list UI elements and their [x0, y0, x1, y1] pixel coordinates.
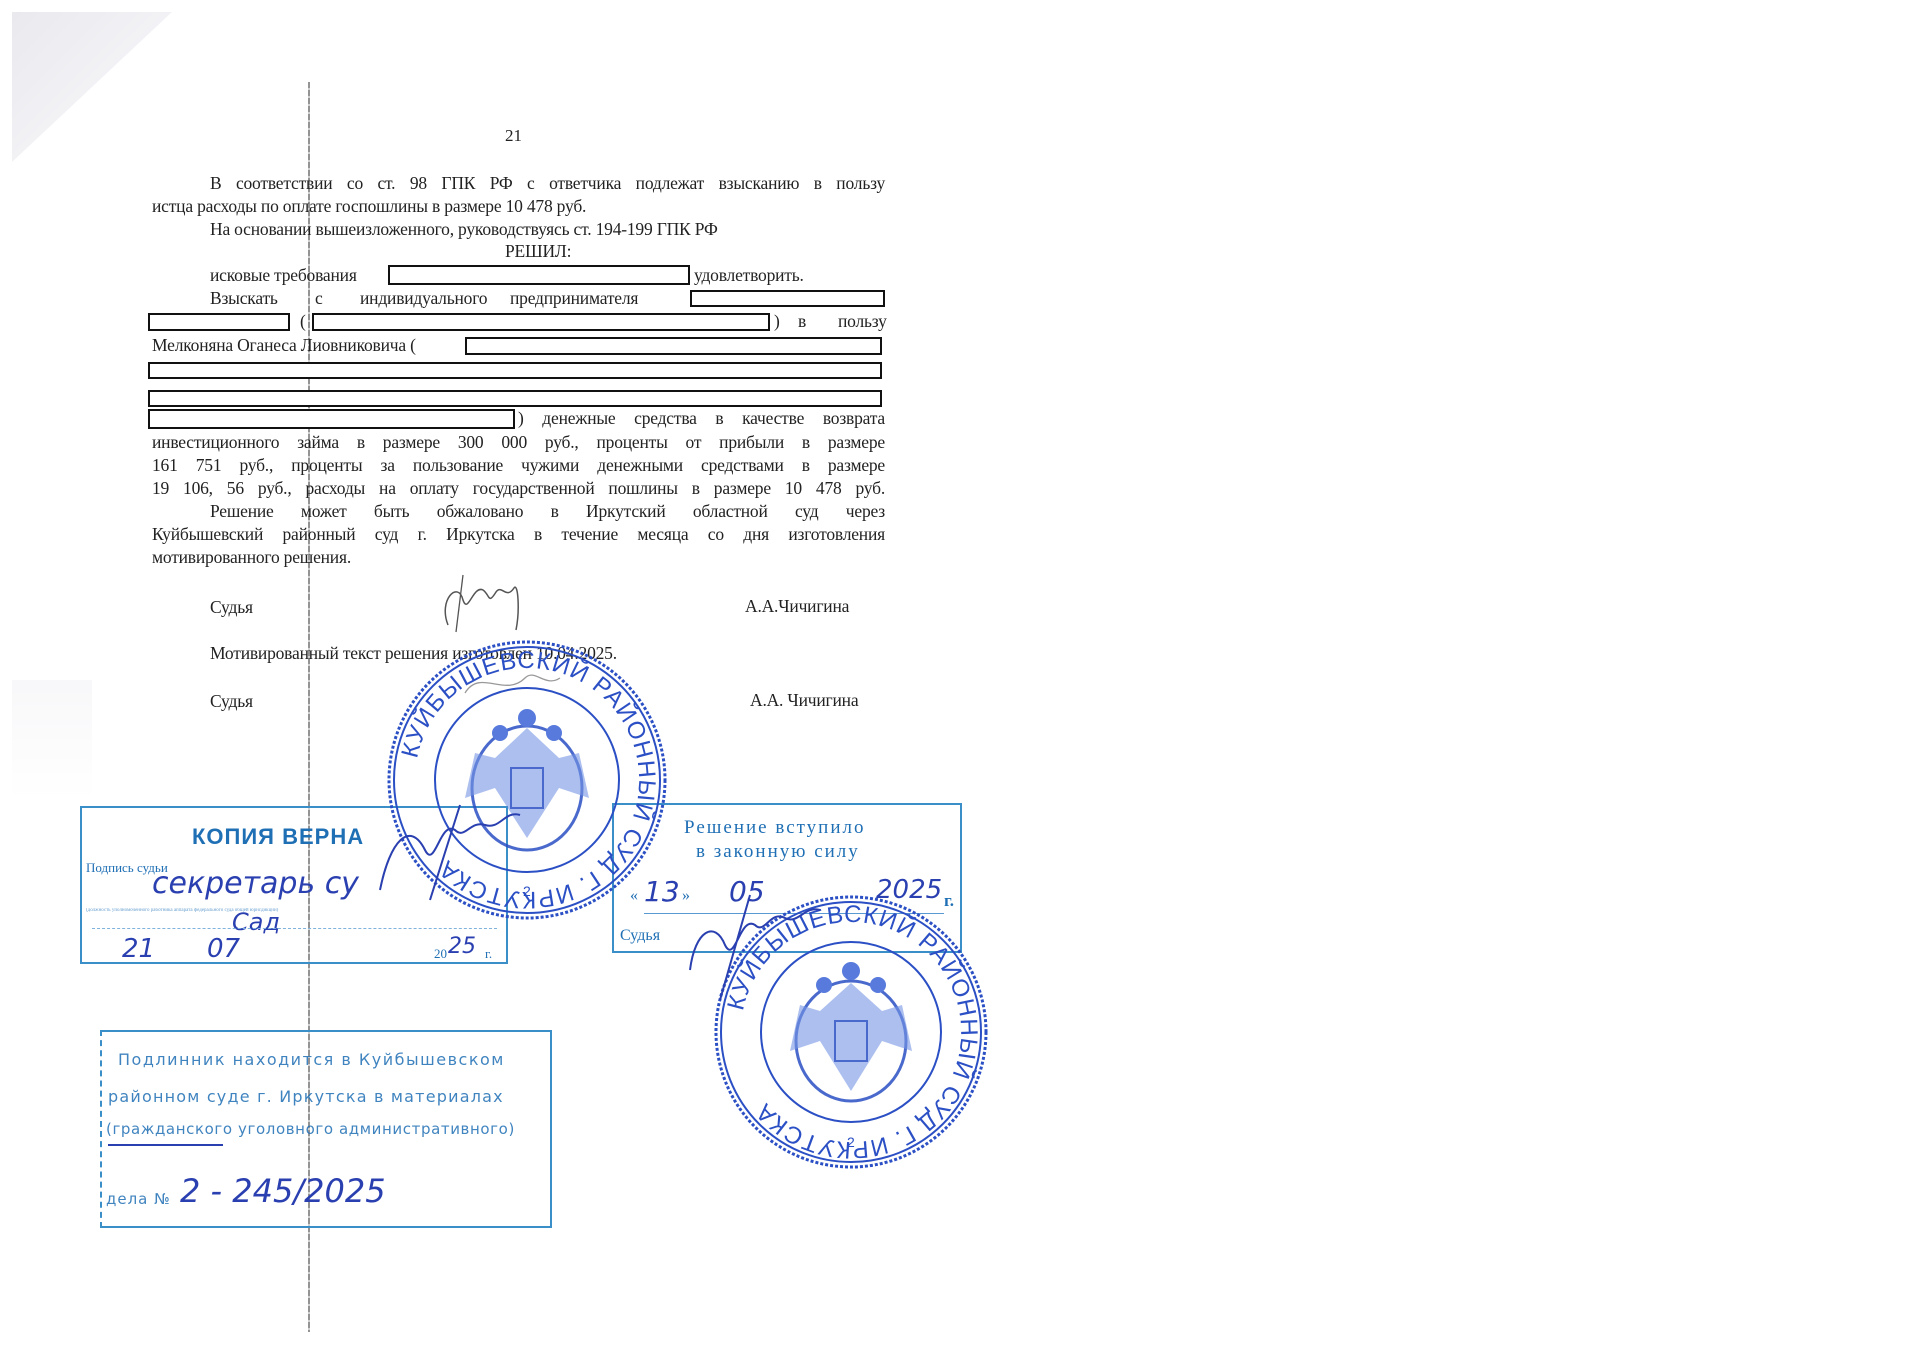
redaction-box: [690, 290, 885, 307]
resolved-heading: РЕШИЛ:: [505, 240, 571, 262]
stamp-line: районном суде г. Иркутска в материалах: [108, 1087, 504, 1106]
scan-shadow-corner: [12, 12, 172, 162]
word: пользу: [838, 310, 887, 332]
paren-close: ): [774, 310, 780, 332]
stamp-title: КОПИЯ ВЕРНА: [192, 824, 364, 850]
judge-name: А.А.Чичигина: [745, 595, 849, 617]
stamp-line: Подлинник находится в Куйбышевском: [118, 1050, 505, 1069]
year-suffix: г.: [485, 946, 492, 962]
paragraph-line: истца расходы по оплате госпошлины в раз…: [152, 195, 586, 217]
scan-shadow-left: [12, 680, 92, 800]
year-prefix: 20: [434, 946, 447, 962]
date-month: 07: [207, 934, 240, 964]
redaction-box: [148, 390, 882, 407]
stamp-judge-label: Судья: [620, 927, 660, 945]
paren-open: (: [300, 310, 306, 332]
paragraph-line: исковые требования: [210, 264, 357, 286]
judge-label: Судья: [210, 596, 253, 618]
stamp-line: (гражданского уголовного административно…: [106, 1120, 515, 1138]
paragraph-line: Решение может быть обжаловано в Иркутски…: [210, 500, 885, 522]
paragraph-line: ) денежные средства в качестве возврата: [518, 407, 885, 429]
paragraph-line: удовлетворить.: [694, 264, 804, 286]
redaction-box: [148, 409, 515, 429]
redaction-box: [148, 362, 882, 379]
redaction-box: [388, 265, 690, 285]
judge-signature: [428, 570, 538, 640]
page-number: 21: [505, 126, 522, 146]
handwritten-position: секретарь су: [152, 866, 359, 901]
paragraph-line: В соответствии со ст. 98 ГПК РФ с ответч…: [210, 172, 885, 194]
word: с: [315, 287, 323, 309]
judge-name: А.А. Чичигина: [750, 689, 858, 711]
redaction-box: [148, 313, 290, 331]
paragraph-line: инвестиционного займа в размере 300 000 …: [152, 431, 885, 453]
original-location-stamp: Подлинник находится в Куйбышевском район…: [100, 1030, 552, 1228]
stamp-line: Решение вступило: [684, 817, 866, 839]
redaction-box: [465, 337, 882, 355]
ink-signature: [370, 800, 530, 910]
handwritten-initials: Сад: [232, 908, 280, 936]
ink-signature: [680, 890, 830, 1005]
redaction-box: [312, 313, 770, 331]
paragraph-line: Куйбышевский районный суд г. Иркутска в …: [152, 523, 885, 545]
date-day: 21: [122, 934, 155, 964]
word: индивидуального: [360, 287, 487, 309]
paragraph-line: 161 751 руб., проценты за пользование чу…: [152, 454, 885, 476]
case-label: дела №: [106, 1190, 171, 1208]
plaintiff-name: Мелконяна Оганеса Лиовниковича (: [152, 334, 416, 356]
svg-text:2: 2: [847, 1134, 855, 1150]
date-year: 25: [448, 934, 476, 959]
paragraph-line: На основании вышеизложенного, руководств…: [210, 218, 718, 240]
word: в: [798, 310, 806, 332]
word: Взыскать: [210, 287, 278, 309]
word: предпринимателя: [510, 287, 638, 309]
case-number: 2 - 245/2025: [180, 1172, 386, 1210]
paragraph-line: мотивированного решения.: [152, 546, 351, 568]
stamp-line: в законную силу: [696, 841, 860, 863]
paragraph-line: 19 106, 56 руб., расходы на оплату госуд…: [152, 477, 885, 499]
judge-label: Судья: [210, 690, 253, 712]
